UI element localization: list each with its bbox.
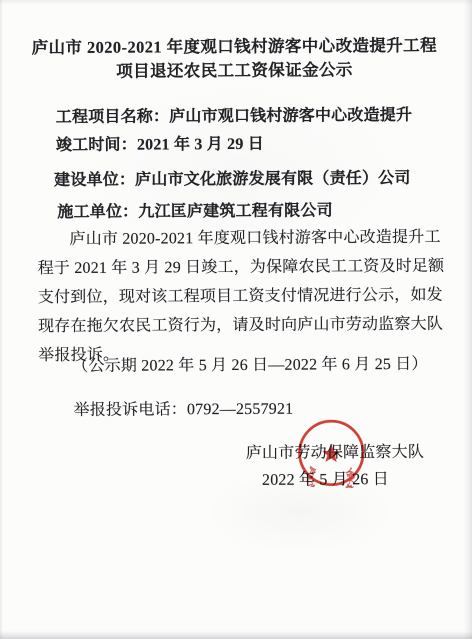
body-paragraph-line: 庐山市 2020-2021 年度观口钱村游客中心改造提升工 xyxy=(37,223,443,254)
complaint-hotline: 举报投诉电话：0792—2557921 xyxy=(73,396,293,420)
scan-edge-right xyxy=(464,0,472,639)
document-content: 庐山市 2020-2021 年度观口钱村游客中心改造提升工程 项目退还农民工工资… xyxy=(0,0,472,639)
document-title-line2: 项目退还农民工工资保证金公示 xyxy=(0,56,471,83)
body-paragraph: 庐山市 2020-2021 年度观口钱村游客中心改造提升工 程于 2021 年 … xyxy=(37,223,444,370)
body-paragraph-line: 支付到位，现对该工程项目工资支付情况进行公示，如发 xyxy=(38,281,444,312)
field-construction-unit: 建设单位：庐山市文化旅游发展有限（责任）公司 xyxy=(54,165,411,190)
field-contractor-unit: 施工单位：九江匡庐建筑工程有限公司 xyxy=(57,197,333,222)
body-paragraph-line: 现存在拖欠农民工资行为，请及时向庐山市劳动监察大队 xyxy=(38,310,444,341)
document-title-line1: 庐山市 2020-2021 年度观口钱村游客中心改造提升工程 xyxy=(0,32,470,59)
scan-edge-left xyxy=(0,0,3,639)
body-paragraph-line: 程于 2021 年 3 月 29 日竣工，为保障农民工工资及时足额 xyxy=(38,252,444,283)
official-seal-stamp: 庐山市劳动保障监察大队 xyxy=(296,417,367,488)
publicity-period: （公示期 2022 年 5 月 26 日—2022 年 6 月 25 日） xyxy=(72,351,428,376)
field-project-name: 工程项目名称：庐山市观口钱村游客中心改造提升 xyxy=(56,102,413,127)
scanned-document-page: 庐山市 2020-2021 年度观口钱村游客中心改造提升工程 项目退还农民工工资… xyxy=(0,0,472,639)
field-completion-date: 竣工时间：2021 年 3 月 29 日 xyxy=(56,131,264,155)
star-icon xyxy=(322,444,341,462)
scan-edge-bottom xyxy=(0,631,472,639)
